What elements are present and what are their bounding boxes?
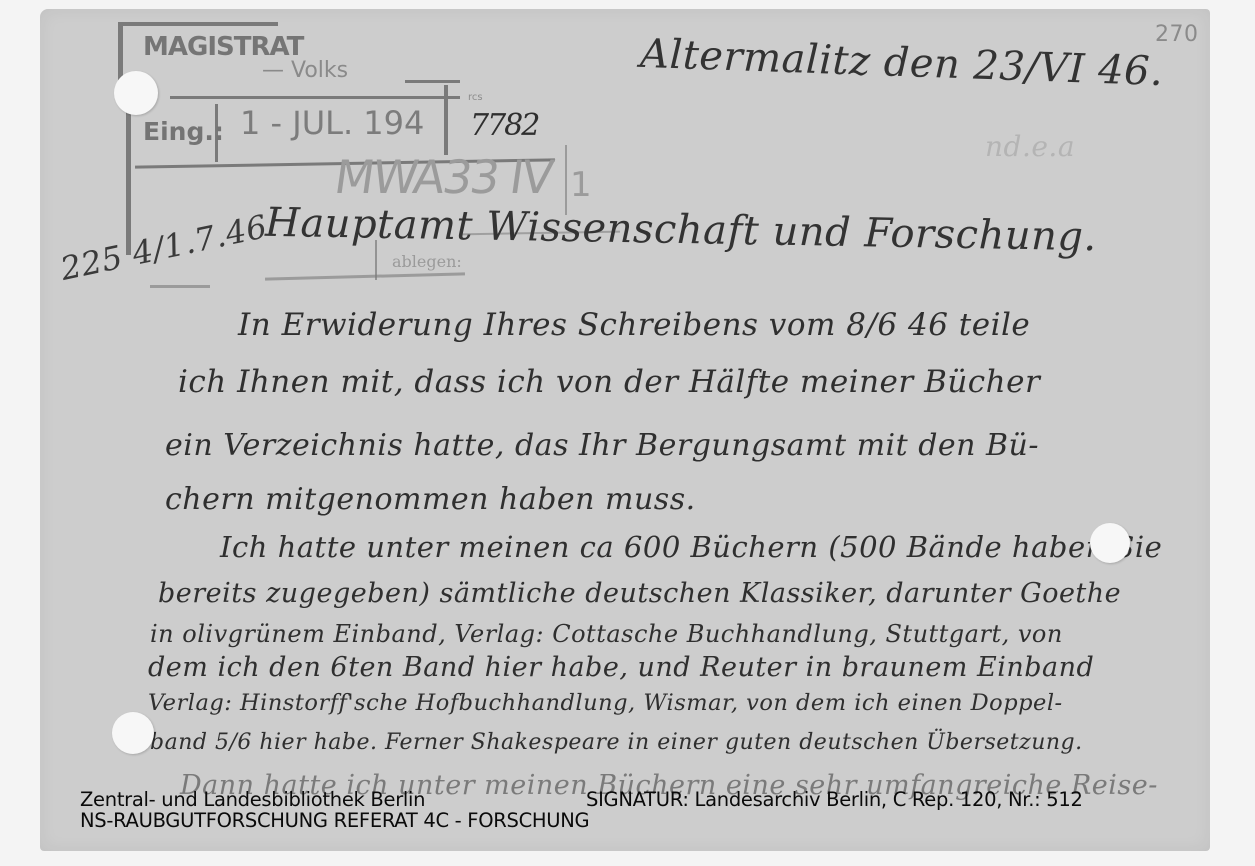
punch-hole: [112, 712, 154, 754]
letter-line: dem ich den 6ten Band hier habe, und Reu…: [148, 652, 1094, 683]
stamp-row-line-1b: [405, 80, 460, 83]
stamp-row-line-3: [150, 285, 210, 288]
stamp-tiny-mark: rcs: [468, 92, 483, 103]
library-caption: Zentral- und Landesbibliothek Berlin: [80, 788, 425, 811]
stamp-divider-2: [444, 85, 448, 155]
stamp-received-label: Eing.:: [143, 117, 224, 146]
stamp-border-left-lower: [126, 110, 131, 255]
letter-line: Ich hatte unter meinen ca 600 Büchern (5…: [220, 530, 1162, 564]
letter-line: band 5/6 hier habe. Ferner Shakespeare i…: [150, 730, 1083, 755]
letter-line: In Erwiderung Ihres Schreibens vom 8/6 4…: [238, 307, 1030, 343]
stamp-border-top: [118, 22, 278, 26]
punch-hole: [114, 71, 158, 115]
punch-hole: [1090, 523, 1130, 563]
register-number: 7782: [470, 108, 538, 143]
letter-line: bereits zugegeben) sämtliche deutschen K…: [158, 578, 1121, 609]
stamp-subtitle: — Volks: [262, 58, 348, 83]
pencil-note: nd.e.a: [985, 130, 1075, 163]
signature-caption: SIGNATUR: Landesarchiv Berlin, C Rep. 12…: [586, 788, 1083, 811]
letter-line: chern mitgenommen haben muss.: [165, 482, 696, 517]
letter-line: ich Ihnen mit, dass ich von der Hälfte m…: [178, 364, 1040, 400]
folio-number: 270: [1155, 22, 1199, 47]
stamp-file-label: ablegen:: [392, 252, 462, 271]
letter-line: in olivgrünem Einband, Verlag: Cottasche…: [150, 620, 1063, 648]
stamp-received-date: 1 - JUL. 194: [240, 104, 424, 142]
letter-line: Verlag: Hinstorff'sche Hofbuchhandlung, …: [148, 690, 1063, 716]
stamp-department-mark: MWA33 IV: [331, 150, 555, 204]
stamp-side-mark: 1: [570, 165, 592, 205]
stamp-row-line-1: [170, 96, 460, 99]
department-caption: NS-RAUBGUTFORSCHUNG REFERAT 4C - FORSCHU…: [80, 809, 589, 832]
letter-line: ein Verzeichnis hatte, das Ihr Bergungsa…: [165, 428, 1039, 463]
